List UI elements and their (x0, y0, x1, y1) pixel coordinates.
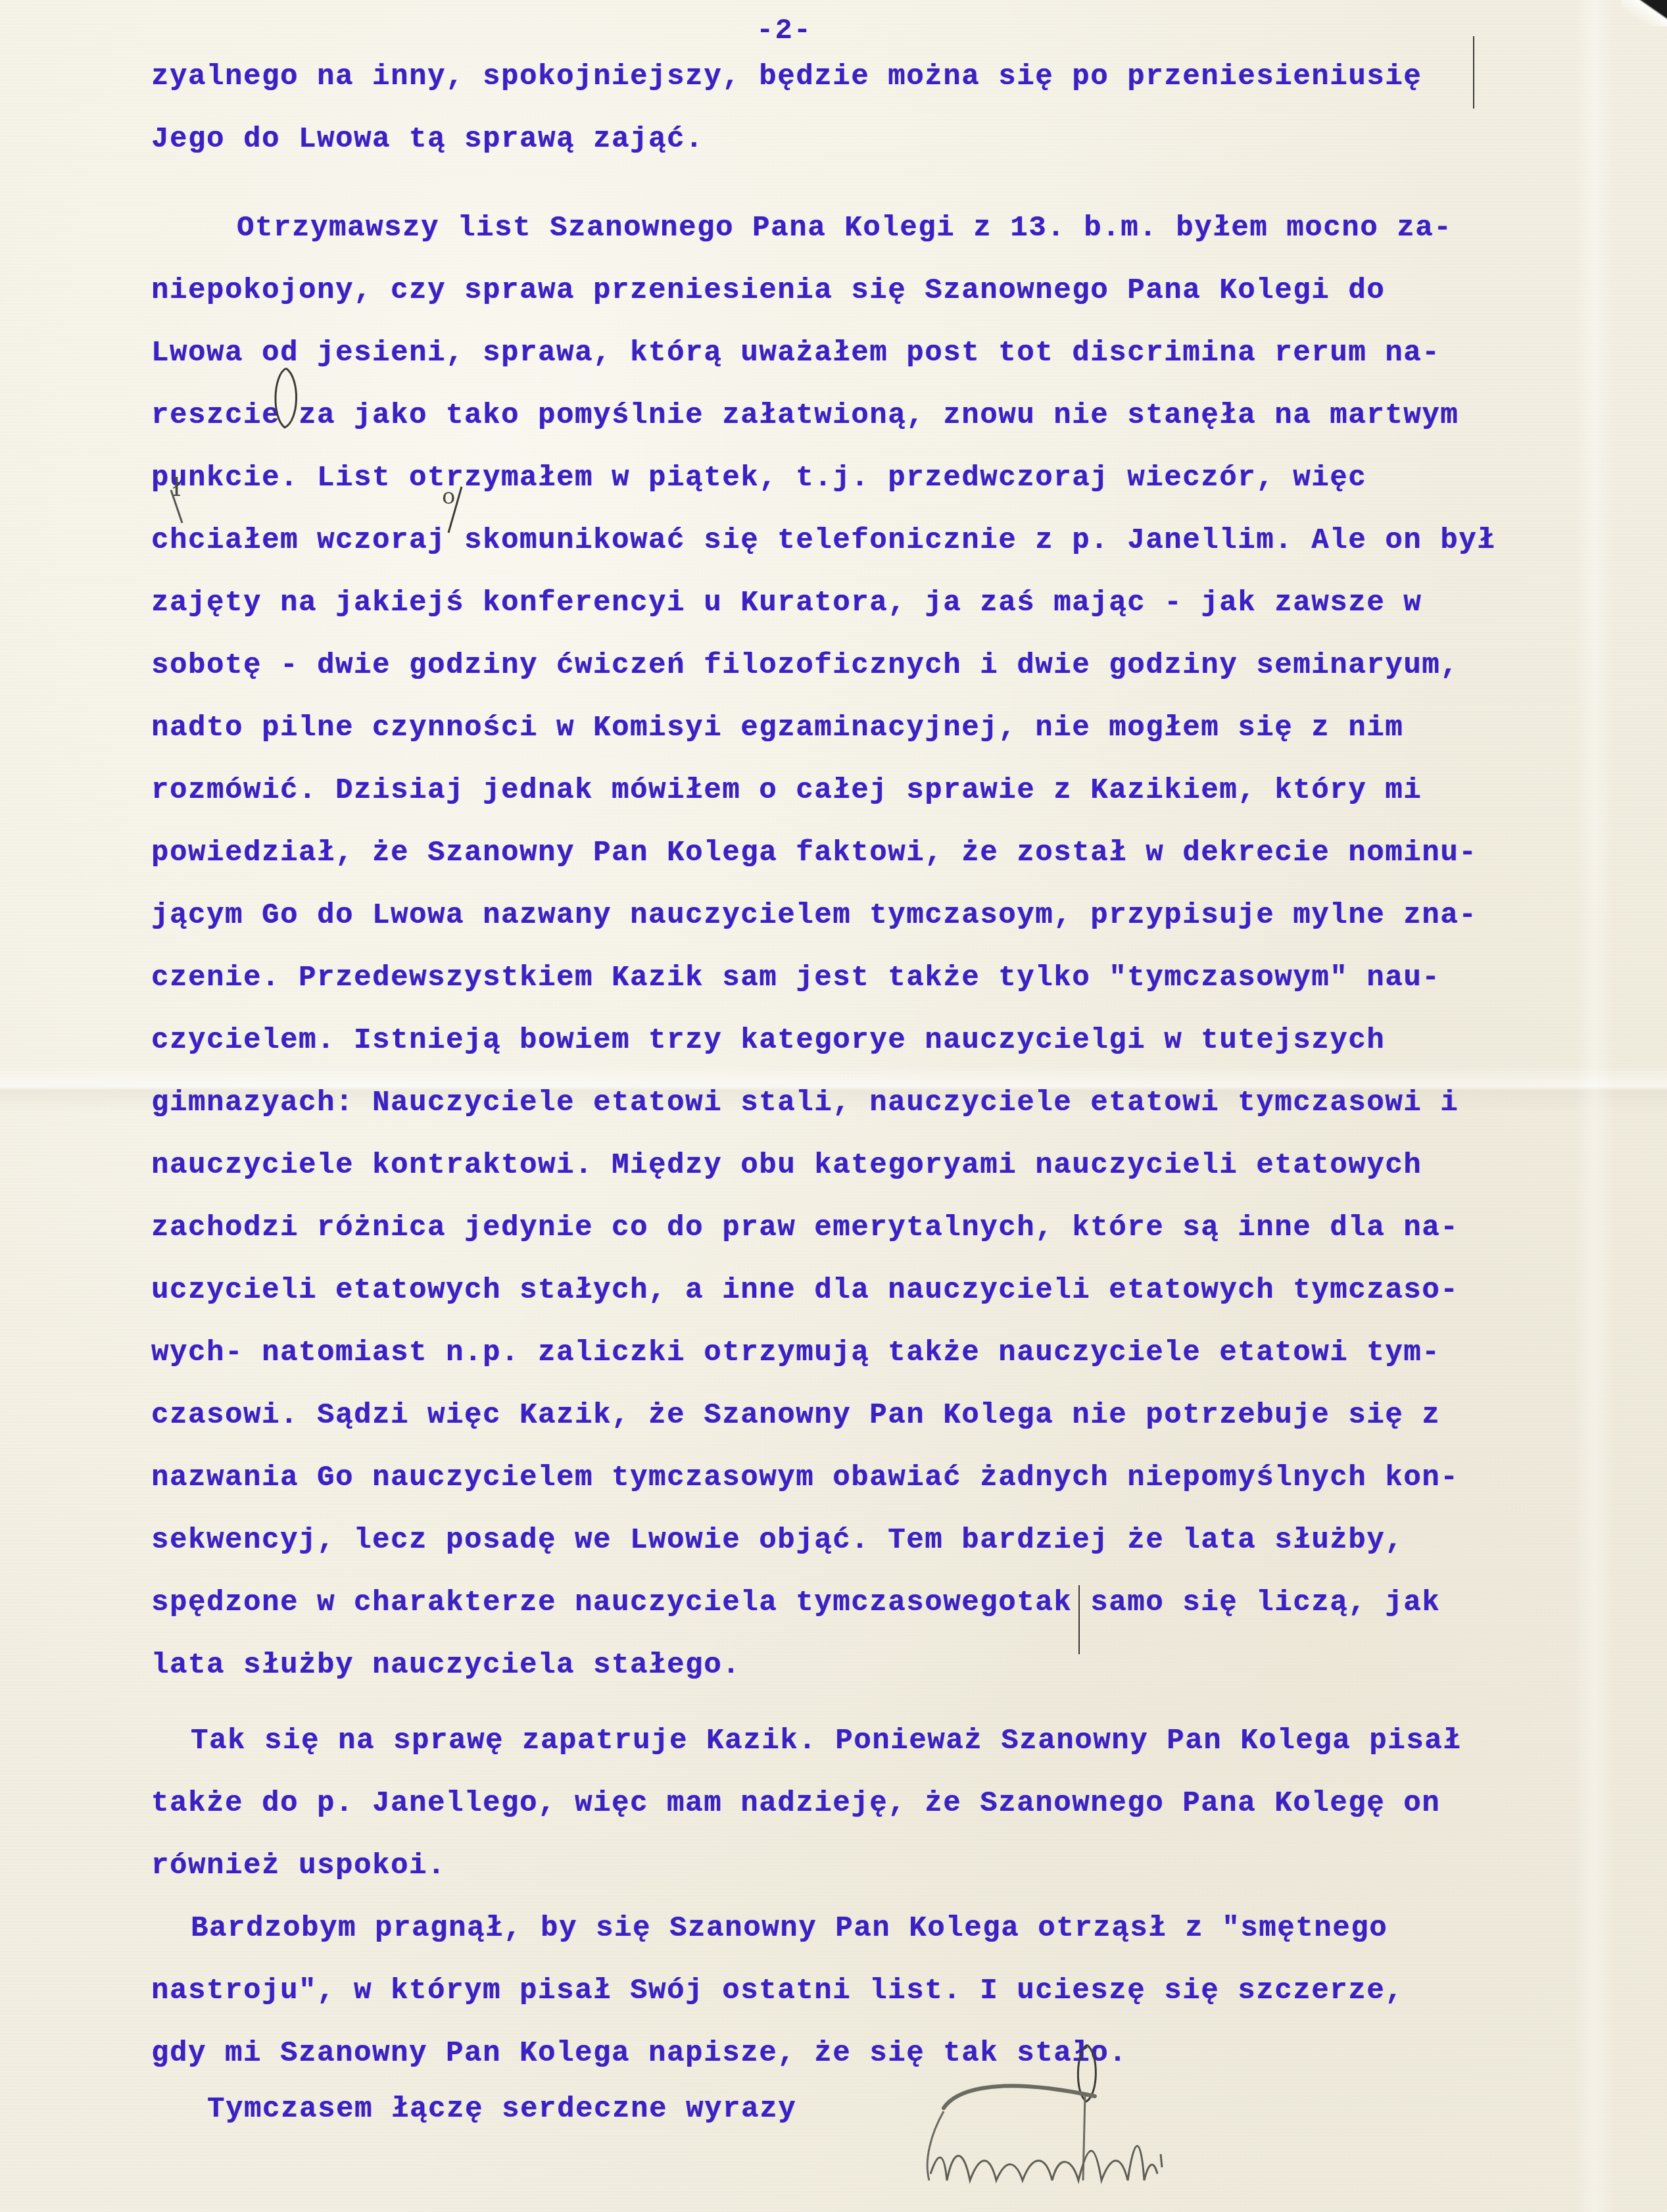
text-line: powiedział, że Szanowny Pan Kolega fakto… (151, 822, 1495, 885)
text-line: wych- natomiast n.p. zaliczki otrzymują … (151, 1322, 1495, 1385)
text-line: sekwencyj, lecz posadę we Lwowie objąć. … (151, 1510, 1495, 1572)
pencil-separator-mark (1078, 1585, 1080, 1654)
paper-corner (1621, 0, 1667, 26)
text-line: nazwania Go nauczycielem tymczasowym oba… (151, 1447, 1495, 1510)
paragraph-main: Otrzymawszy list Szanownego Pana Kolegi … (151, 197, 1495, 1697)
text-line: Jego do Lwowa tą sprawą zająć. (151, 109, 1422, 171)
text-line: spędzone w charakterze nauczyciela tymcz… (151, 1572, 1495, 1634)
text-line: punkcie. List otrzymałem w piątek, t.j. … (151, 447, 1495, 510)
text-line: Lwowa od jesieni, sprawa, którą uważałem… (151, 322, 1495, 385)
pencil-separator-mark (1473, 36, 1474, 109)
text-line: także do p. Janellego, więc mam nadzieję… (151, 1773, 1461, 1835)
text-line: uczycieli etatowych stałych, a inne dla … (151, 1260, 1495, 1322)
text-line: lata służby nauczyciela stałego. (151, 1634, 1495, 1697)
text-line: chciałem wczoraj skomunikować się telefo… (151, 510, 1495, 572)
text-line: zyalnego na inny, spokojniejszy, będzie … (151, 46, 1422, 109)
text-line: nauczyciele kontraktowi. Między obu kate… (151, 1135, 1495, 1197)
text-line: reszcie za jako tako pomyślnie załatwion… (151, 385, 1495, 447)
text-line: Tak się na sprawę zapatruje Kazik. Ponie… (151, 1710, 1461, 1773)
text-line: czycielem. Istnieją bowiem trzy kategory… (151, 1010, 1495, 1072)
text-line: zajęty na jakiejś konferencyi u Kuratora… (151, 572, 1495, 635)
text-line: nastroju", w którym pisał Swój ostatni l… (151, 1960, 1403, 2023)
paragraph-wish: Bardzobym pragnął, by się Szanowny Pan K… (151, 1898, 1403, 2085)
text-line: Bardzobym pragnął, by się Szanowny Pan K… (151, 1898, 1403, 1960)
closing-line: Tymczasem łączę serdeczne wyrazy (151, 2078, 796, 2141)
text-line: jącym Go do Lwowa nazwany nauczycielem t… (151, 885, 1495, 947)
text-line: Otrzymawszy list Szanownego Pana Kolegi … (151, 197, 1495, 260)
text-line: gimnazyach: Nauczyciele etatowi stali, n… (151, 1072, 1495, 1135)
text-line: czenie. Przedewszystkiem Kazik sam jest … (151, 947, 1495, 1010)
paper-fold-vertical (1575, 0, 1614, 2212)
paragraph-continuation: zyalnego na inny, spokojniejszy, będzie … (151, 46, 1422, 171)
text-line: sobotę - dwie godziny ćwiczeń filozoficz… (151, 635, 1495, 697)
pencil-caret-mark (442, 483, 468, 536)
pencil-caret-mark (168, 487, 194, 526)
signature (917, 2082, 1286, 2194)
text-line: również uspokoi. (151, 1835, 1461, 1898)
text-line: zachodzi różnica jedynie co do praw emer… (151, 1197, 1495, 1260)
page-number: -2- (756, 14, 812, 47)
text-line: rozmówić. Dzisiaj jednak mówiłem o całej… (151, 760, 1495, 822)
text-line: czasowi. Sądzi więc Kazik, że Szanowny P… (151, 1385, 1495, 1447)
paragraph-kazik-view: Tak się na sprawę zapatruje Kazik. Ponie… (151, 1710, 1461, 1898)
pencil-correction-circle-nareszcie (266, 365, 306, 431)
text-line: nadto pilne czynności w Komisyi egzamina… (151, 697, 1495, 760)
text-line: niepokojony, czy sprawa przeniesienia si… (151, 260, 1495, 322)
text-line: gdy mi Szanowny Pan Kolega napisze, że s… (151, 2023, 1403, 2085)
